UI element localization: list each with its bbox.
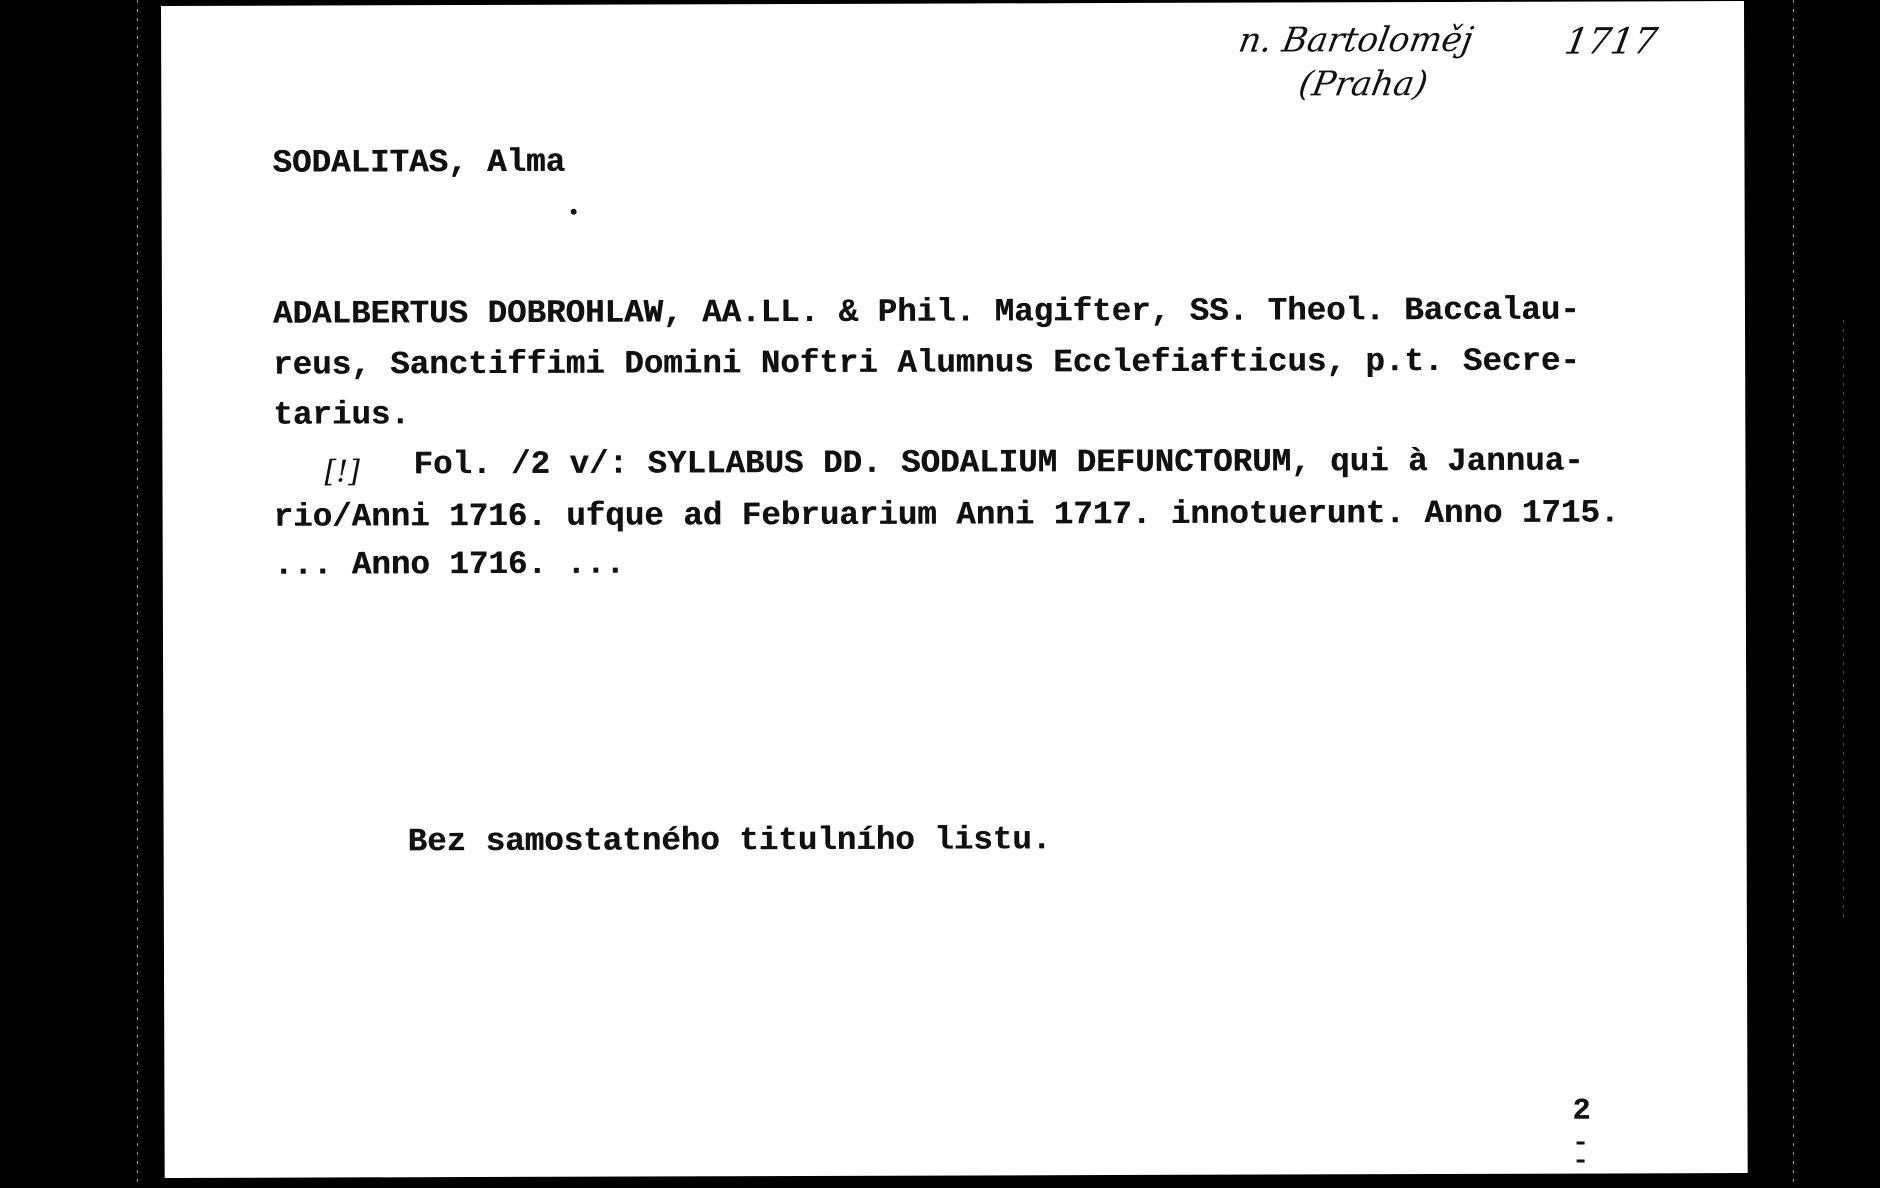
folio-line: ... Anno 1716. ... <box>274 540 625 591</box>
entry-line: reus, Sanctiffimi Domini Noftri Alumnus … <box>273 337 1580 391</box>
folio-line: Fol. /2 v/: SYLLABUS DD. SODALIUM DEFUNC… <box>413 437 1583 491</box>
remark-no-title-page: Bez samostatného titulního listu. <box>408 815 1052 867</box>
entry-description: ADALBERTUS DOBROHLAW, AA.LL. & Phil. Mag… <box>161 1 1744 6</box>
folio-description: Fol. /2 v/: SYLLABUS DD. SODALIUM DEFUNC… <box>161 1 1744 6</box>
scan-artifact-left <box>137 0 138 1188</box>
card-heading: SODALITAS, Alma <box>272 138 565 189</box>
stray-mark <box>1577 1142 1585 1145</box>
entry-line: ADALBERTUS DOBROHLAW, AA.LL. & Phil. Mag… <box>273 286 1580 340</box>
handwritten-annotation-year: 1717 <box>1562 21 1661 62</box>
scan-artifact-right <box>1793 0 1794 1188</box>
catalog-card: n. Bartoloměj 1717 (Praha) SODALITAS, Al… <box>161 1 1748 1178</box>
scan-artifact-right-2 <box>1843 320 1844 920</box>
entry-line: tarius. <box>273 390 410 440</box>
folio-line: rio/Anni 1716. ufque ad Februarium Anni … <box>274 488 1620 542</box>
stray-dot <box>571 209 577 215</box>
handwritten-attention-mark: [!] <box>324 457 360 487</box>
stray-mark <box>1577 1160 1585 1163</box>
handwritten-annotation-place: n. Bartoloměj <box>1236 20 1476 61</box>
page-number: 2 <box>1572 1087 1590 1137</box>
handwritten-annotation-city: (Praha) <box>1296 64 1431 104</box>
